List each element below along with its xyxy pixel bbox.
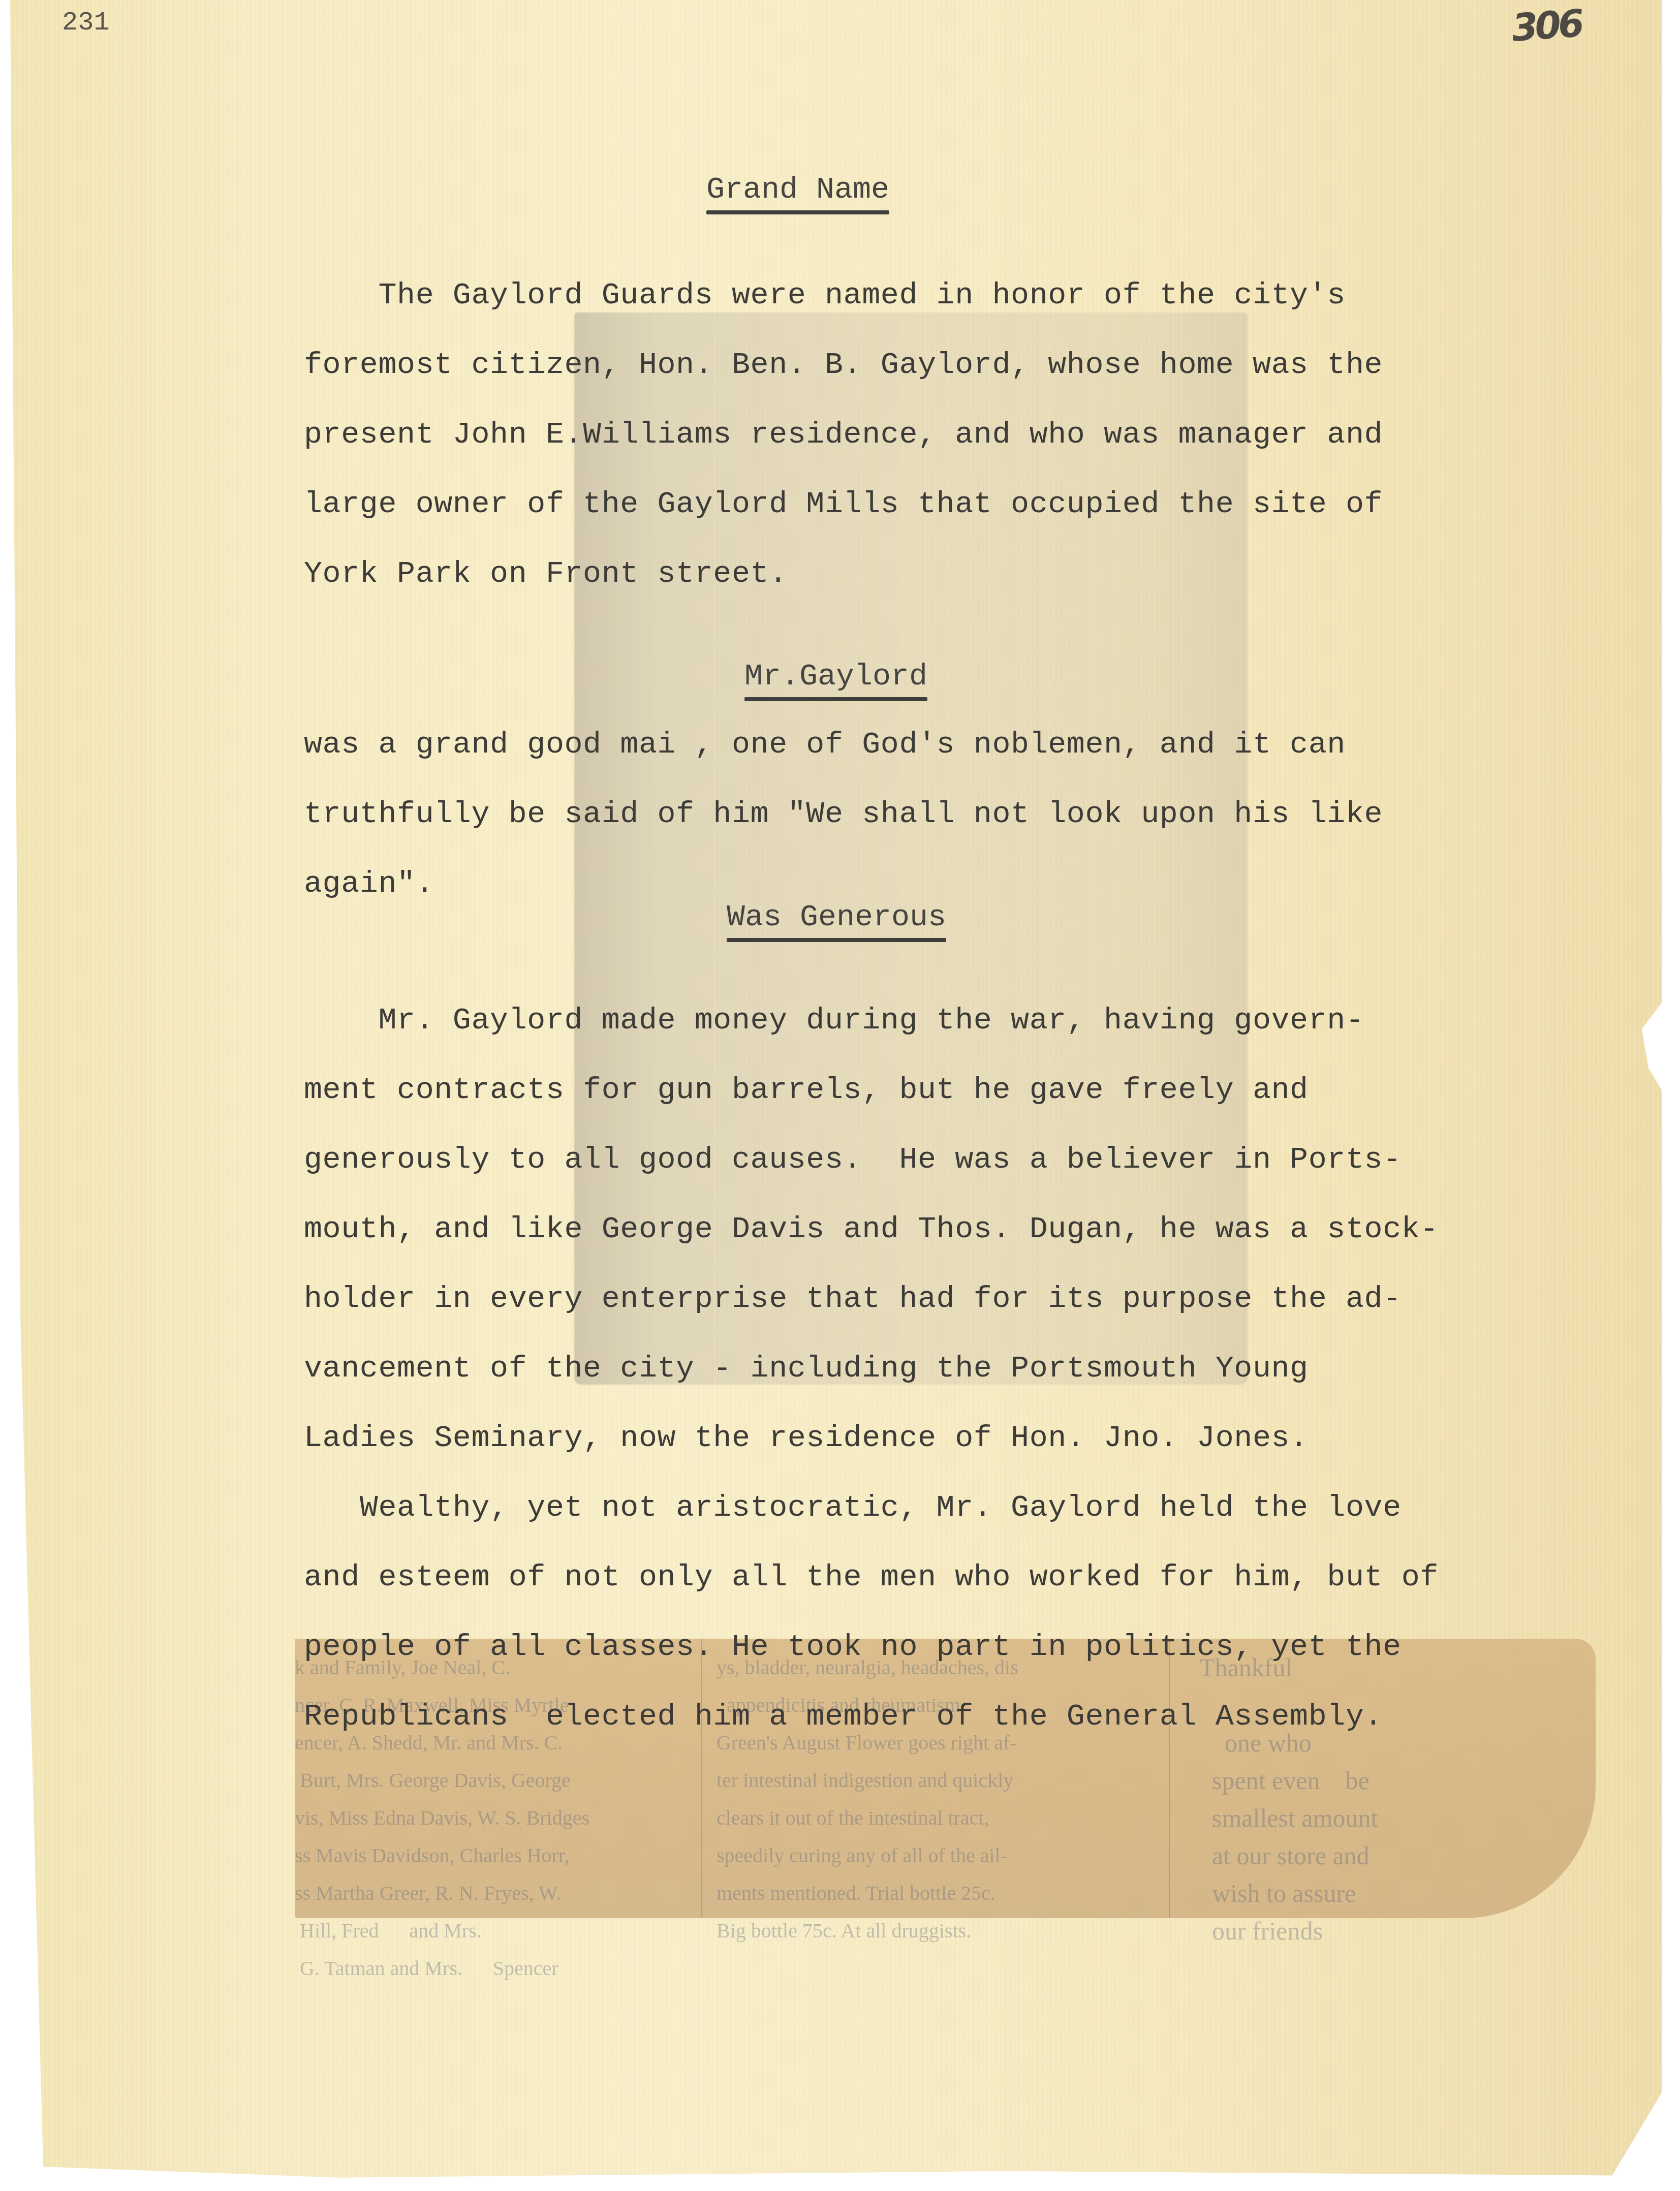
text-line: Ladies Seminary, now the residence of Ho… xyxy=(304,1421,1309,1456)
heading-was-generous: Was Generous xyxy=(727,900,946,942)
text-line: generously to all good causes. He was a … xyxy=(304,1143,1402,1177)
text-line: York Park on Front street. xyxy=(304,557,788,591)
clipping-column-3: Thankful one who spent even be smallest … xyxy=(1199,1649,1378,1950)
text-line: ment contracts for gun barrels, but he g… xyxy=(304,1073,1309,1108)
text-line: present John E.Williams residence, and w… xyxy=(304,418,1383,452)
heading-underline xyxy=(727,938,946,942)
text-line: truthfully be said of him "We shall not … xyxy=(304,797,1383,832)
heading-underline xyxy=(706,210,889,214)
heading-underline xyxy=(744,697,927,701)
text-line: Mr. Gaylord made money during the war, h… xyxy=(304,1004,1364,1038)
text-line: Republicans elected him a member of the … xyxy=(304,1700,1383,1734)
text-line: Wealthy, yet not aristocratic, Mr. Gaylo… xyxy=(304,1491,1402,1525)
clipping-column-2: ys, bladder, neuralgia, headaches, dis a… xyxy=(717,1649,1018,1950)
clipping-column-rule xyxy=(701,1639,702,1918)
handwritten-archive-number: 306 xyxy=(1510,2,1582,50)
clipping-column-rule xyxy=(1169,1639,1170,1918)
heading-grand-name: Grand Name xyxy=(706,173,889,214)
text-line: The Gaylord Guards were named in honor o… xyxy=(304,278,1346,313)
text-line: again". xyxy=(304,867,434,901)
typed-page-number: 231 xyxy=(62,8,110,38)
heading-mr-gaylord: Mr.Gaylord xyxy=(744,660,927,701)
text-line: and esteem of not only all the men who w… xyxy=(304,1560,1439,1595)
text-line: was a grand good mai , one of God's nobl… xyxy=(304,728,1346,762)
text-line: large owner of the Gaylord Mills that oc… xyxy=(304,487,1383,522)
text-line: holder in every enterprise that had for … xyxy=(304,1282,1402,1317)
text-line: mouth, and like George Davis and Thos. D… xyxy=(304,1212,1439,1247)
text-line: foremost citizen, Hon. Ben. B. Gaylord, … xyxy=(304,348,1383,383)
text-line: vancement of the city - including the Po… xyxy=(304,1352,1309,1386)
newspaper-clipping: k and Family, Joe Neal, C. ncer, C. R. M… xyxy=(295,1639,1596,1918)
text-line: people of all classes. He took no part i… xyxy=(304,1630,1402,1665)
